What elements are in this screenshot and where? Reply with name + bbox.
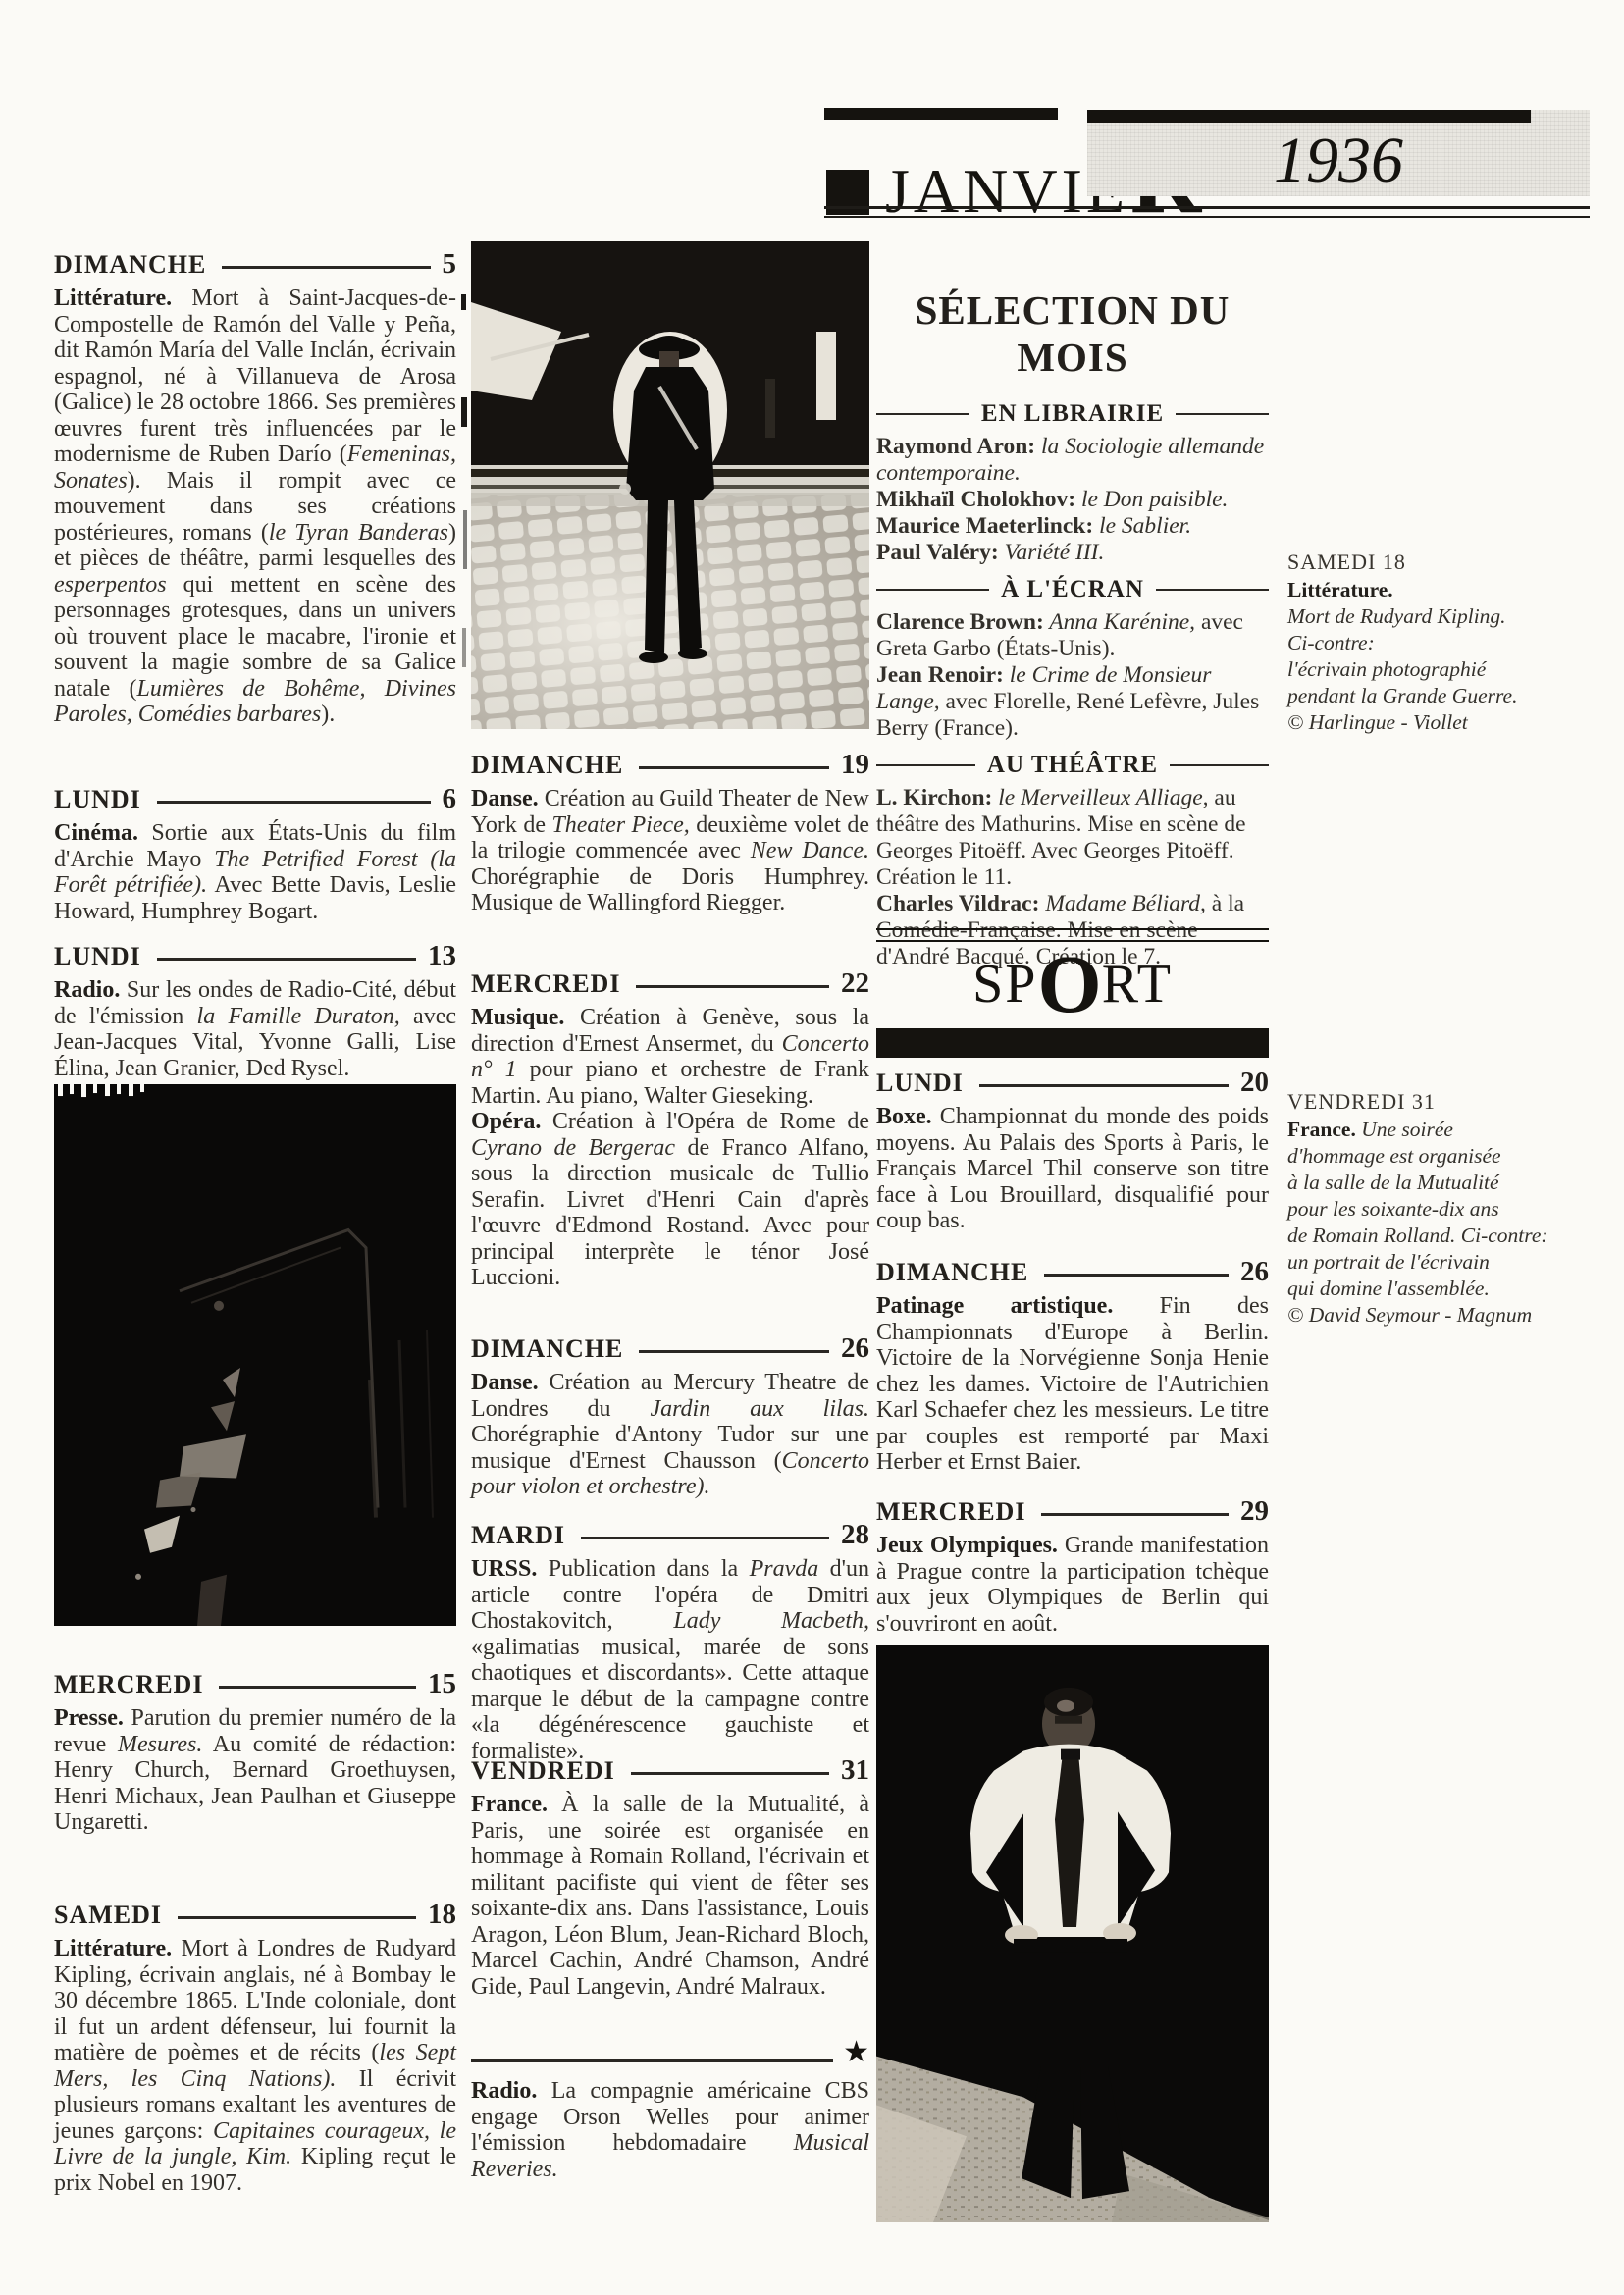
entry-day-header: DIMANCHE 26 bbox=[876, 1256, 1269, 1288]
day-rule bbox=[636, 985, 829, 989]
entry-dimanche-26-danse: DIMANCHE 26 Danse. Création au Mercury T… bbox=[471, 1332, 869, 1500]
entry-text: Littérature. Mort à Londres de Rudyard K… bbox=[54, 1936, 456, 2196]
subhead-rule bbox=[1156, 589, 1269, 592]
day-rule bbox=[178, 1916, 416, 1920]
entry-text: France. À la salle de la Mutualité, à Pa… bbox=[471, 1792, 869, 2000]
header-double-rule bbox=[824, 206, 1590, 218]
entry-lundi-6: LUNDI 6 Cinéma. Sortie aux États-Unis du… bbox=[54, 783, 456, 924]
entry-mercredi-15: MERCREDI 15 Presse. Parution du premier … bbox=[54, 1668, 456, 1836]
header-top-bar bbox=[824, 108, 1058, 120]
sport-black-bar bbox=[876, 1028, 1269, 1058]
photo-man-white-shirt-image bbox=[876, 1645, 1269, 2222]
photo-dark-portrait-image bbox=[54, 1084, 456, 1626]
entry-day-header: DIMANCHE 19 bbox=[471, 749, 869, 781]
subhead-rule bbox=[876, 589, 989, 592]
selection-item: L. Kirchon: le Merveilleux Alliage, au t… bbox=[876, 785, 1269, 891]
selection-item: Clarence Brown: Anna Karénine, avec Gret… bbox=[876, 609, 1269, 662]
entry-text: Radio. La compagnie américaine CBS engag… bbox=[471, 2078, 869, 2182]
subhead-rule bbox=[876, 413, 969, 416]
divider-rule bbox=[471, 2059, 833, 2062]
day-rule bbox=[581, 1537, 829, 1540]
day-rule bbox=[222, 266, 430, 270]
day-rule bbox=[1041, 1513, 1229, 1517]
entry-day-header: LUNDI 6 bbox=[54, 783, 456, 815]
section-au-theatre: AU THÉÂTRE bbox=[876, 752, 1269, 779]
year-label: 1936 bbox=[1087, 124, 1590, 198]
entry-day-header: DIMANCHE 26 bbox=[471, 1332, 869, 1365]
entry-day-header: MERCREDI 22 bbox=[471, 967, 869, 1000]
entry-text: Cinéma. Sortie aux États-Unis du film d'… bbox=[54, 820, 456, 924]
day-rule bbox=[157, 801, 431, 805]
day-rule bbox=[631, 1772, 829, 1776]
entry-text: Danse. Création au Guild Theater de New … bbox=[471, 786, 869, 916]
page-header: JANVIE R 1936 bbox=[824, 108, 1590, 206]
photo-kipling-street bbox=[471, 241, 869, 729]
entry-day-header: MARDI 28 bbox=[471, 1519, 869, 1551]
entry-day-header: DIMANCHE 5 bbox=[54, 248, 456, 281]
entry-radio-cbs: Radio. La compagnie américaine CBS engag… bbox=[471, 2078, 869, 2182]
column-2: DIMANCHE 19 Danse. Création au Guild The… bbox=[471, 241, 869, 2272]
scanned-almanac-page: JANVIE R 1936 DIMANCHE 5 Littérature. Mo… bbox=[0, 0, 1624, 2295]
entry-text: Jeux Olympiques. Grande manifestation à … bbox=[876, 1533, 1269, 1637]
photo-dark-portrait bbox=[54, 1084, 456, 1626]
margin-note-samedi-18: SAMEDI 18 Littérature. Mort de Rudyard K… bbox=[1287, 549, 1582, 736]
column-3: SÉLECTION DU MOIS EN LIBRAIRIE Raymond A… bbox=[876, 287, 1269, 2249]
entry-day-header: LUNDI 20 bbox=[876, 1067, 1269, 1099]
sport-section-header: SPORT bbox=[876, 928, 1269, 1058]
star-divider: ★ bbox=[471, 2043, 869, 2077]
entry-day-header: VENDREDI 31 bbox=[471, 1754, 869, 1787]
selection-item: Raymond Aron: la Sociologie allemande co… bbox=[876, 434, 1269, 487]
entry-text: Radio. Sur les ondes de Radio-Cité, débu… bbox=[54, 977, 456, 1081]
entry-day-header: SAMEDI 18 bbox=[54, 1899, 456, 1931]
entry-text: Musique. Création à Genève, sous la dire… bbox=[471, 1005, 869, 1109]
year-box: 1936 bbox=[1087, 110, 1590, 196]
day-rule bbox=[979, 1084, 1229, 1088]
entry-text: Littérature. Mort à Saint-Jacques-de-Com… bbox=[54, 286, 456, 728]
subhead-rule bbox=[876, 764, 975, 767]
scan-artifact bbox=[461, 294, 466, 310]
day-rule bbox=[1044, 1274, 1229, 1278]
entry-text: URSS. Publication dans la Pravda d'un ar… bbox=[471, 1556, 869, 1764]
section-a-l-ecran: À L'ÉCRAN bbox=[876, 576, 1269, 603]
selection-title: SÉLECTION DU MOIS bbox=[876, 287, 1269, 381]
margin-note-day: SAMEDI 18 bbox=[1287, 549, 1582, 575]
entry-text: Opéra. Création à l'Opéra de Rome de Cyr… bbox=[471, 1109, 869, 1291]
photo-kipling-street-image bbox=[471, 241, 869, 729]
selection-item: Paul Valéry: Variété III. bbox=[876, 540, 1269, 566]
entry-text: Presse. Parution du premier numéro de la… bbox=[54, 1705, 456, 1836]
entry-day-header: MERCREDI 15 bbox=[54, 1668, 456, 1700]
entry-lundi-20: LUNDI 20 Boxe. Championnat du monde des … bbox=[876, 1067, 1269, 1234]
entry-samedi-18: SAMEDI 18 Littérature. Mort à Londres de… bbox=[54, 1899, 456, 2196]
selection-item: Maurice Maeterlinck: le Sablier. bbox=[876, 513, 1269, 540]
entry-day-header: MERCREDI 29 bbox=[876, 1495, 1269, 1528]
day-rule bbox=[639, 1350, 829, 1354]
entry-dimanche-19: DIMANCHE 19 Danse. Création au Guild The… bbox=[471, 749, 869, 916]
star-icon: ★ bbox=[843, 2035, 869, 2069]
entry-mardi-28: MARDI 28 URSS. Publication dans la Pravd… bbox=[471, 1519, 869, 1764]
scan-artifact bbox=[463, 510, 467, 569]
entry-vendredi-31: VENDREDI 31 France. À la salle de la Mut… bbox=[471, 1754, 869, 2000]
scan-artifact bbox=[461, 397, 467, 427]
photo-man-white-shirt bbox=[876, 1645, 1269, 2222]
scan-artifact bbox=[462, 628, 466, 667]
subhead-rule bbox=[1176, 413, 1269, 416]
day-rule bbox=[219, 1686, 416, 1690]
entry-text: Patinage artistique. Fin des Championnat… bbox=[876, 1293, 1269, 1476]
entry-dimanche-5: DIMANCHE 5 Littérature. Mort à Saint-Jac… bbox=[54, 248, 456, 728]
margin-note-text: Littérature. Mort de Rudyard Kipling. Ci… bbox=[1287, 577, 1582, 736]
day-rule bbox=[639, 766, 829, 770]
entry-text: Danse. Création au Mercury Theatre de Lo… bbox=[471, 1370, 869, 1500]
entry-mercredi-29: MERCREDI 29 Jeux Olympiques. Grande mani… bbox=[876, 1495, 1269, 1637]
column-1: DIMANCHE 5 Littérature. Mort à Saint-Jac… bbox=[54, 248, 456, 2279]
entry-mercredi-22: MERCREDI 22 Musique. Création à Genève, … bbox=[471, 967, 869, 1291]
year-box-bar bbox=[1087, 110, 1531, 123]
subhead-rule bbox=[1170, 764, 1269, 767]
day-rule bbox=[157, 958, 416, 962]
entry-text: Boxe. Championnat du monde des poids moy… bbox=[876, 1104, 1269, 1234]
margin-note-vendredi-31: VENDREDI 31 France. Une soirée d'hommage… bbox=[1287, 1089, 1582, 1329]
entry-lundi-13: LUNDI 13 Radio. Sur les ondes de Radio-C… bbox=[54, 940, 456, 1081]
entry-day-header: LUNDI 13 bbox=[54, 940, 456, 972]
selection-item: Mikhaïl Cholokhov: le Don paisible. bbox=[876, 487, 1269, 513]
entry-dimanche-26-patinage: DIMANCHE 26 Patinage artistique. Fin des… bbox=[876, 1256, 1269, 1476]
sport-title: SPORT bbox=[876, 944, 1269, 1026]
margin-note-text: France. Une soirée d'hommage est organis… bbox=[1287, 1117, 1582, 1329]
selection-item: Jean Renoir: le Crime de Monsieur Lange,… bbox=[876, 662, 1269, 742]
section-en-librairie: EN LIBRAIRIE bbox=[876, 400, 1269, 428]
selection-du-mois-box: SÉLECTION DU MOIS EN LIBRAIRIE Raymond A… bbox=[876, 287, 1269, 970]
margin-note-day: VENDREDI 31 bbox=[1287, 1089, 1582, 1115]
